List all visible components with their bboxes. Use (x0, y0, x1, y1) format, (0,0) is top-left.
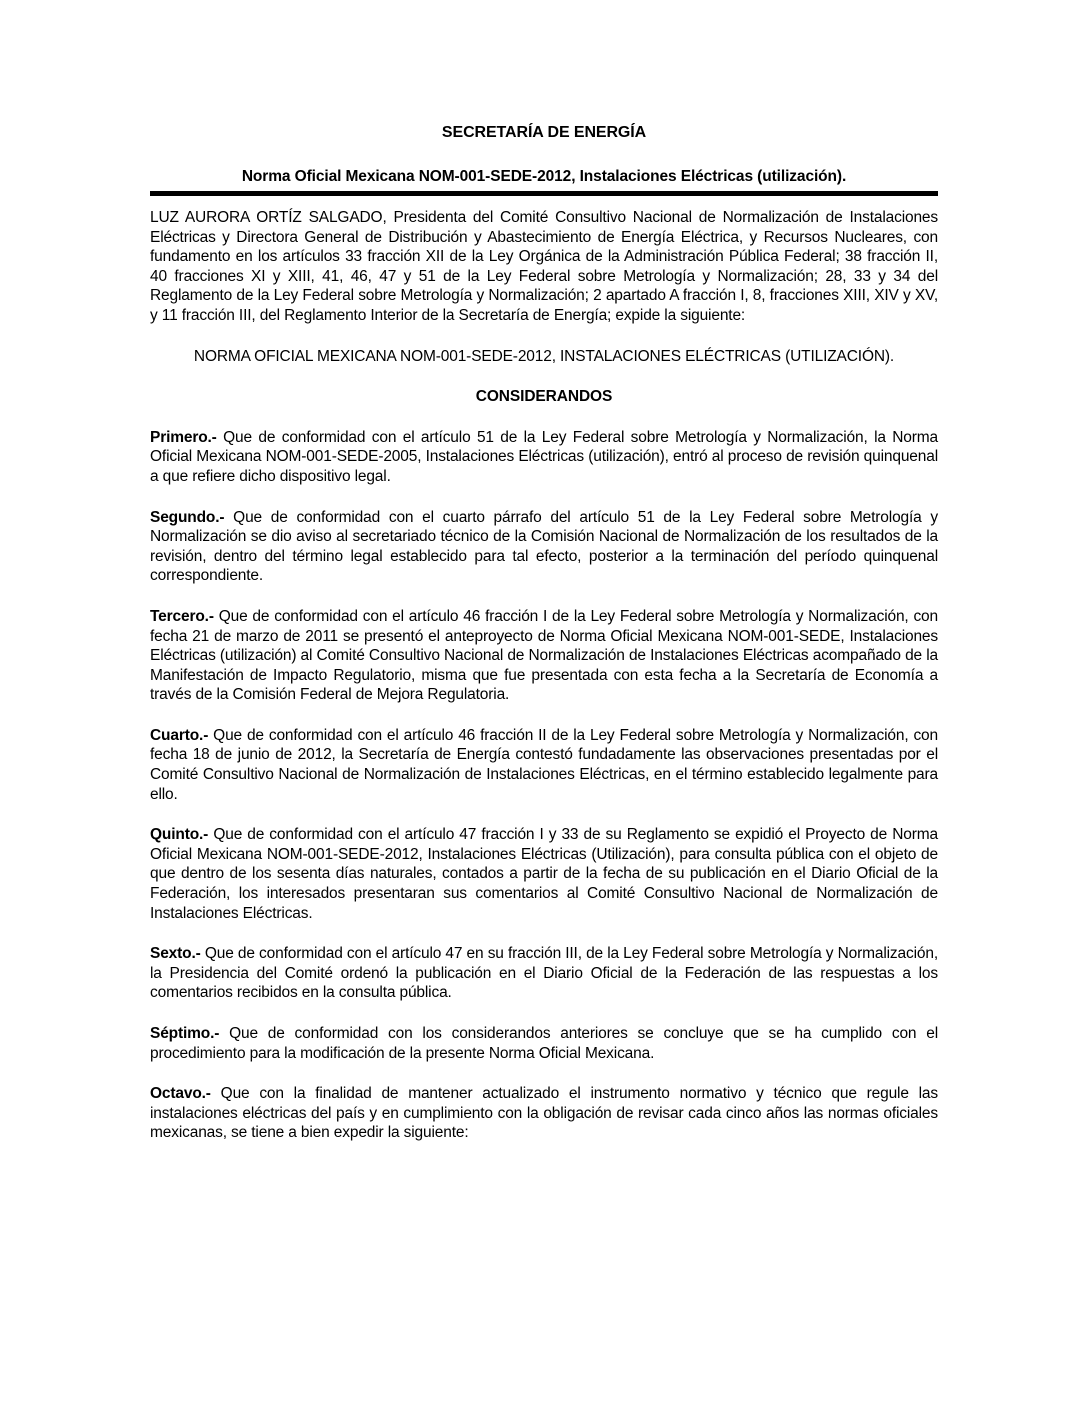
considerando-text: Que de conformidad con el artículo 47 en… (150, 945, 938, 1001)
considerando-text: Que de conformidad con el artículo 47 fr… (150, 826, 938, 921)
considerando-label: Tercero.- (150, 608, 214, 625)
considerando-paragraph: Segundo.- Que de conformidad con el cuar… (150, 508, 938, 586)
considerando-paragraph: Sexto.- Que de conformidad con el artícu… (150, 944, 938, 1003)
norm-declaration: NORMA OFICIAL MEXICANA NOM-001-SEDE-2012… (150, 347, 938, 367)
considerando-text: Que de conformidad con el artículo 46 fr… (150, 727, 938, 803)
document-page: SECRETARÍA DE ENERGÍA Norma Oficial Mexi… (0, 0, 1088, 1408)
considerando-text: Que con la finalidad de mantener actuali… (150, 1085, 938, 1141)
considerando-text: Que de conformidad con el artículo 51 de… (150, 429, 938, 485)
intro-paragraph: LUZ AURORA ORTÍZ SALGADO, Presidenta del… (150, 208, 938, 326)
document-title: Norma Oficial Mexicana NOM-001-SEDE-2012… (150, 167, 938, 187)
considerando-label: Séptimo.- (150, 1025, 219, 1042)
considerando-text: Que de conformidad con el cuarto párrafo… (150, 509, 938, 585)
section-heading-considerandos: CONSIDERANDOS (150, 387, 938, 407)
considerando-label: Quinto.- (150, 826, 208, 843)
header-rule (150, 191, 938, 196)
considerando-label: Primero.- (150, 429, 217, 446)
considerando-label: Cuarto.- (150, 727, 208, 744)
considerando-label: Octavo.- (150, 1085, 211, 1102)
considerando-paragraph: Séptimo.- Que de conformidad con los con… (150, 1024, 938, 1063)
considerando-label: Segundo.- (150, 509, 224, 526)
considerando-paragraph: Quinto.- Que de conformidad con el artíc… (150, 825, 938, 923)
considerando-paragraph: Tercero.- Que de conformidad con el artí… (150, 607, 938, 705)
agency-title: SECRETARÍA DE ENERGÍA (150, 123, 938, 143)
considerando-text: Que de conformidad con los considerandos… (150, 1025, 938, 1062)
considerando-paragraph: Primero.- Que de conformidad con el artí… (150, 428, 938, 487)
considerando-paragraph: Cuarto.- Que de conformidad con el artíc… (150, 726, 938, 804)
considerando-paragraph: Octavo.- Que con la finalidad de mantene… (150, 1084, 938, 1143)
considerando-text: Que de conformidad con el artículo 46 fr… (150, 608, 938, 703)
considerando-label: Sexto.- (150, 945, 201, 962)
